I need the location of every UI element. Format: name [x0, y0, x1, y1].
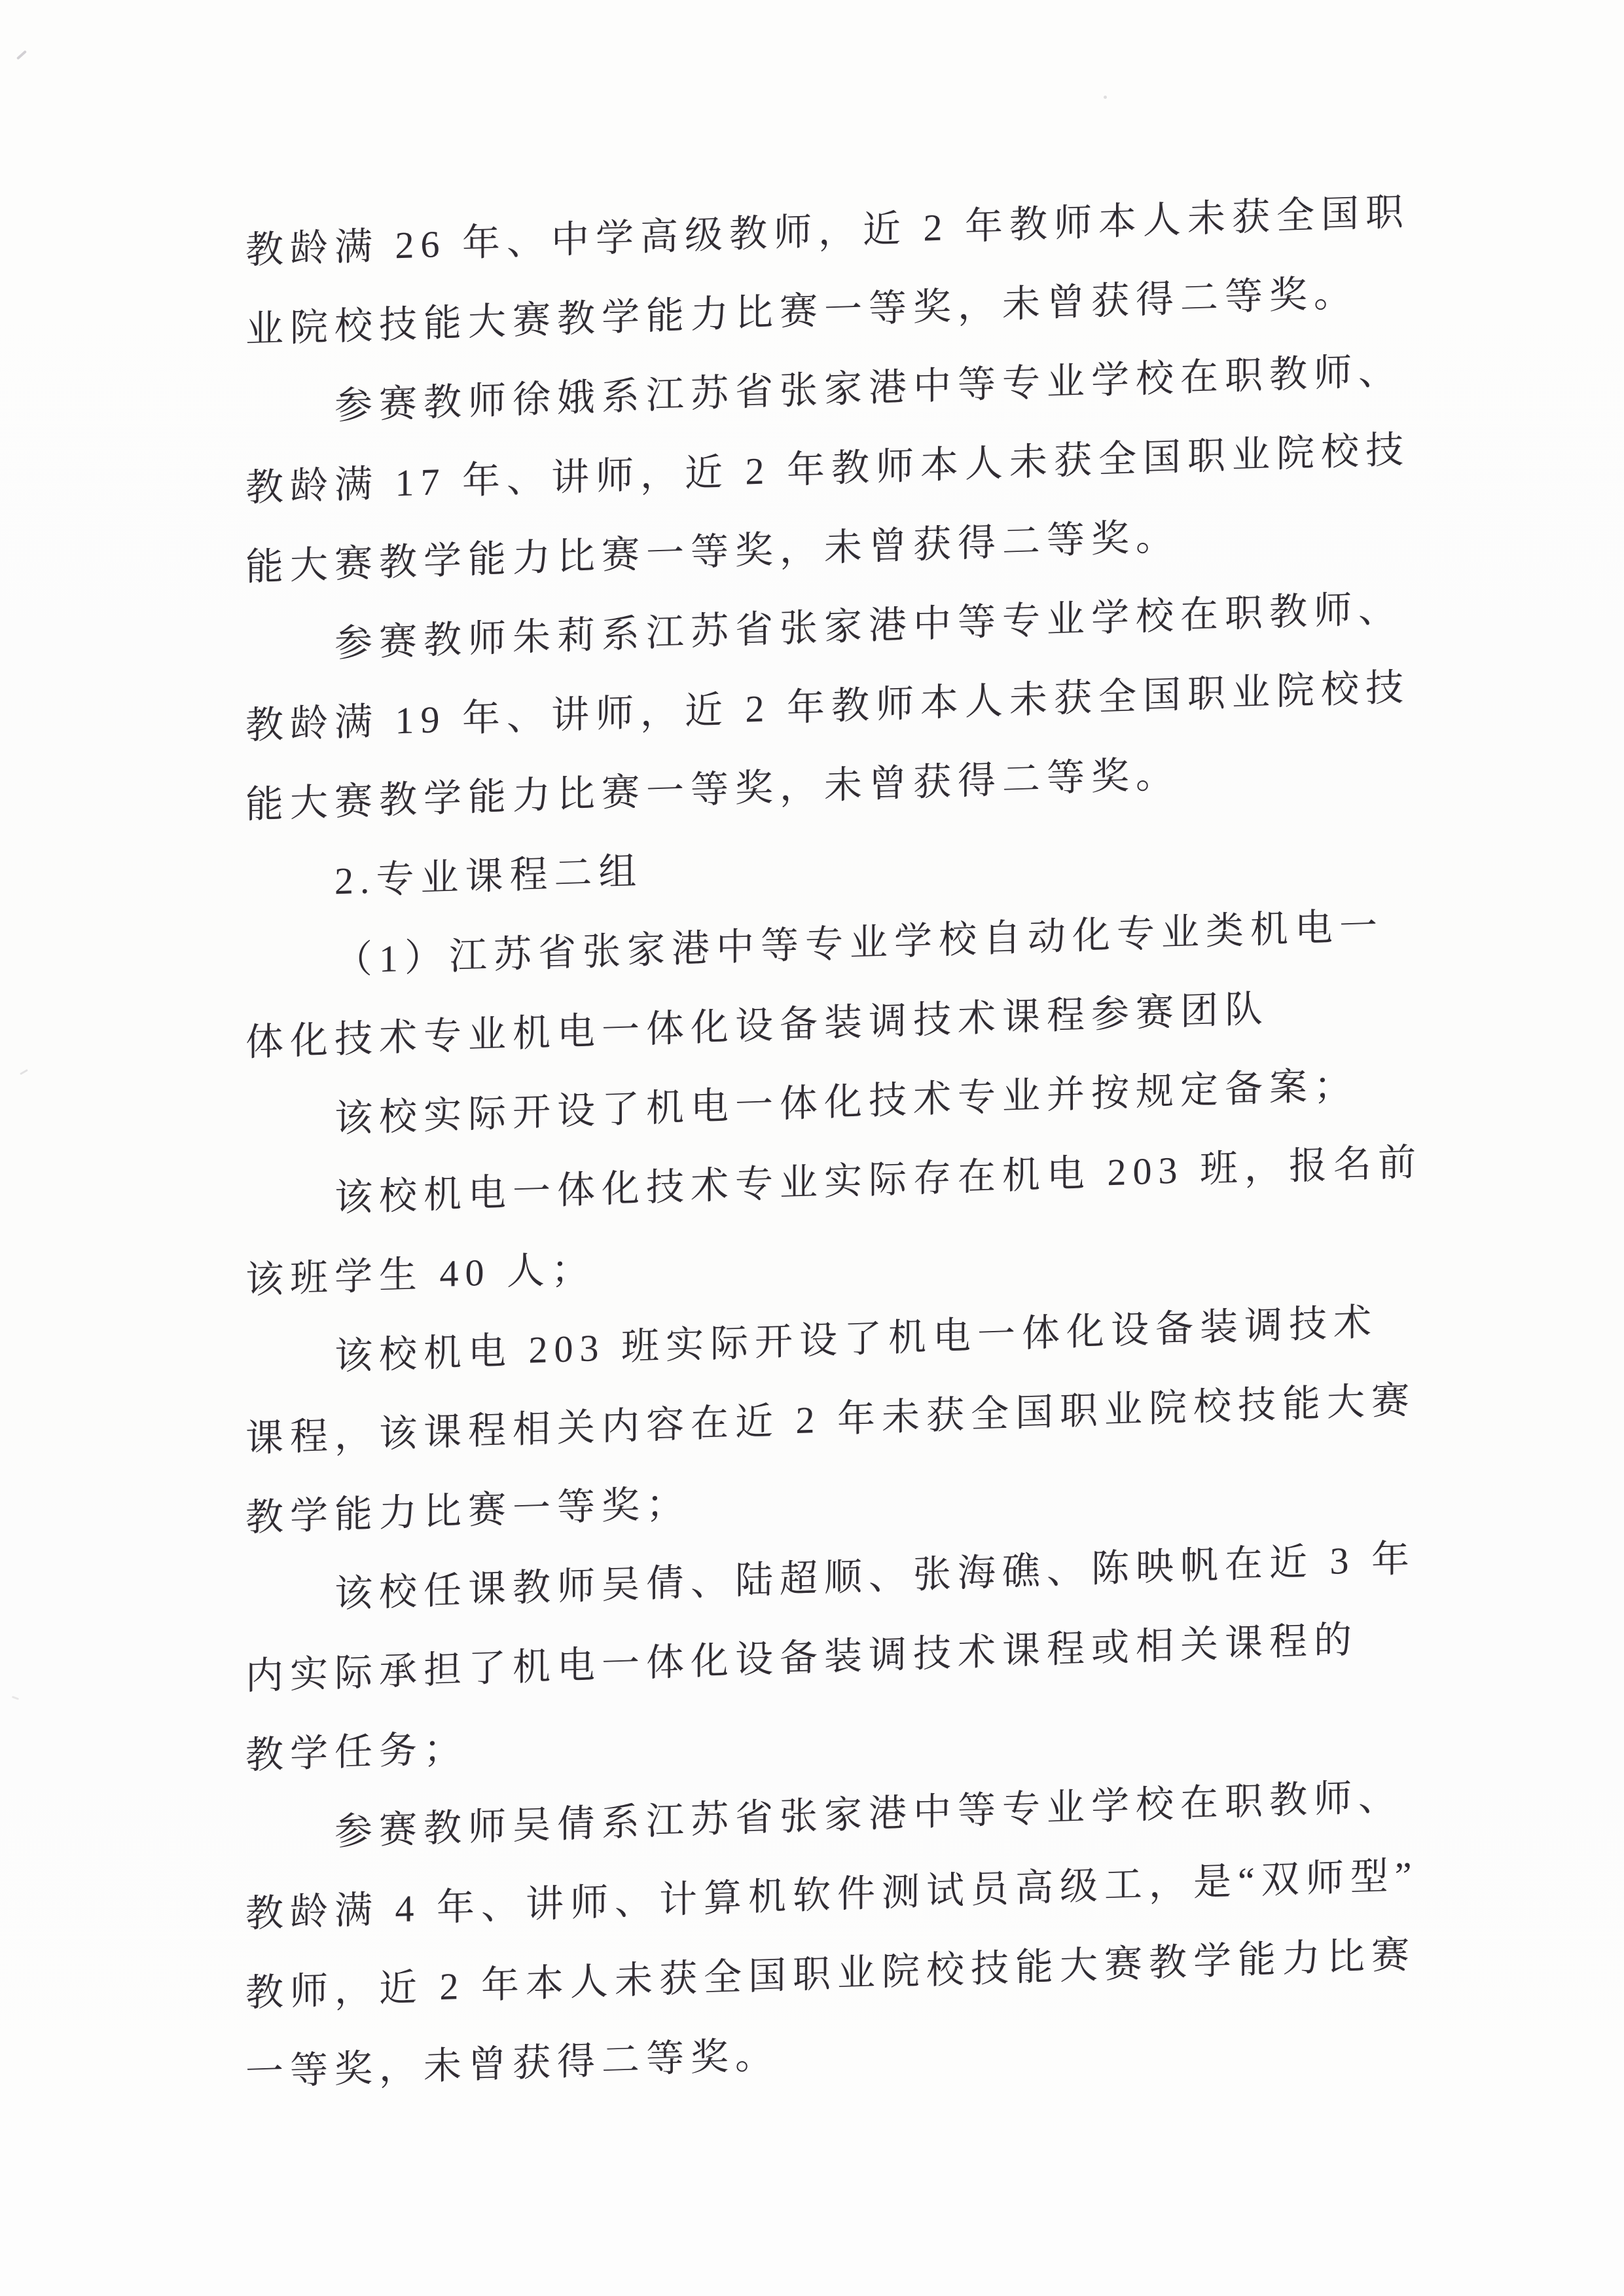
- scan-artifact: [1104, 96, 1107, 99]
- scan-artifact: [20, 1069, 28, 1075]
- document-body: 教龄满 26 年、中学高级教师，近 2 年教师本人未获全国职 业院校技能大赛教学…: [245, 172, 1424, 2112]
- scan-artifact: [16, 50, 27, 60]
- scan-artifact: [12, 1696, 19, 1700]
- scanned-page: 教龄满 26 年、中学高级教师，近 2 年教师本人未获全国职 业院校技能大赛教学…: [0, 0, 1624, 2296]
